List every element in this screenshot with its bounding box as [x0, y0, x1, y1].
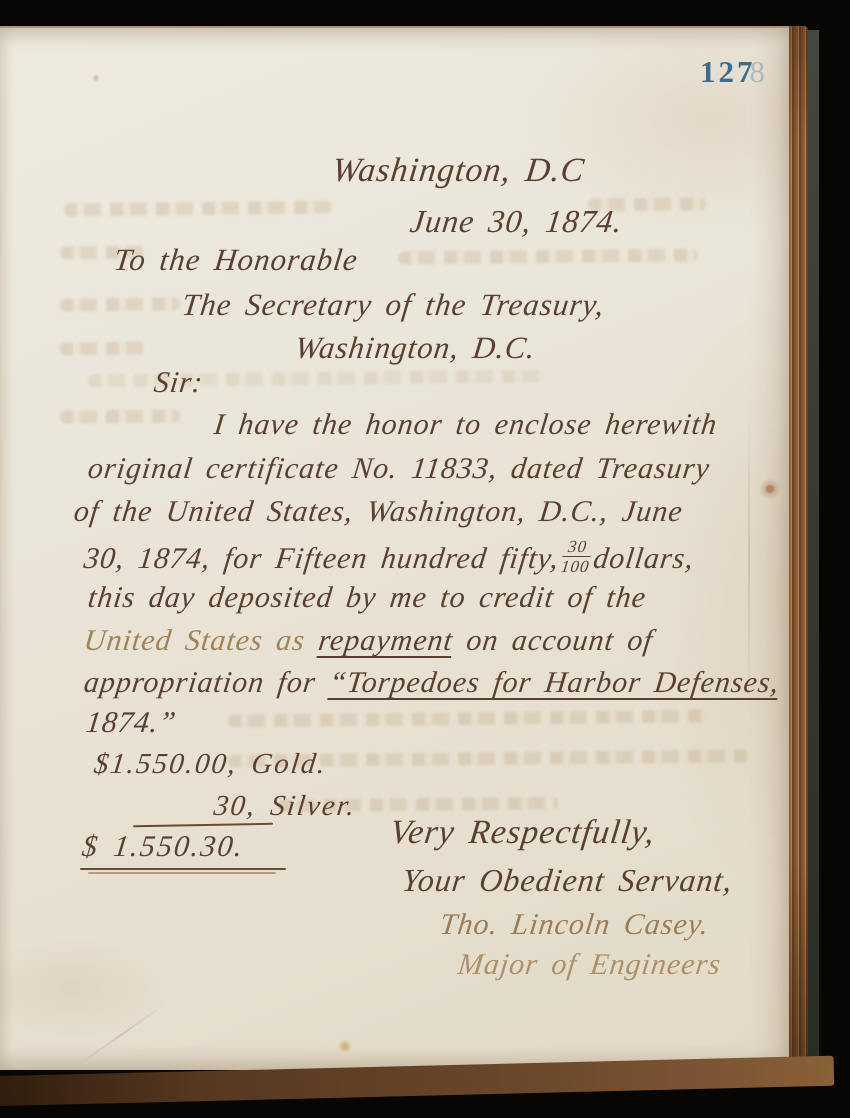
body-line-3: of the United States, Washington, D.C., … [72, 495, 685, 529]
address-line-1: To the Honorable [112, 242, 360, 278]
page-number-value: 127 [700, 54, 756, 89]
address-line-2: The Secretary of the Treasury, [180, 287, 607, 323]
paper-crease [748, 410, 750, 710]
signature: Tho. Lincoln Casey. [438, 908, 711, 942]
body-line-8: 1874.” [84, 706, 178, 740]
amount-silver: 30, Silver. [212, 790, 358, 823]
body-line-2: original certificate No. 11833, dated Tr… [86, 452, 712, 486]
book-cover-edge [808, 30, 819, 1060]
body-line-7: appropriation for “Torpedoes for Harbor … [82, 666, 781, 700]
body-line-6-post: on account of [451, 624, 655, 657]
total-rule [80, 868, 286, 870]
bleedthrough-line [60, 297, 180, 311]
bleedthrough-line [60, 409, 180, 423]
body-line-6: United States as repayment on account of [82, 624, 655, 658]
salutation: Sir: [152, 366, 205, 400]
underlined-repayment: repayment [317, 624, 456, 657]
closing-line-1: Very Respectfully, [388, 814, 657, 852]
body-line-4-pre: 30, 1874, for Fifteen hundred fifty, [82, 542, 561, 575]
body-line-4: 30, 1874, for Fifteen hundred fifty,3010… [82, 538, 697, 576]
body-line-6-pre: United States as [82, 624, 321, 657]
address-line-3: Washington, D.C. [293, 330, 538, 366]
bleedthrough-line [60, 342, 152, 356]
amount-gold: $1.550.00, Gold. [92, 748, 329, 781]
amount-total: $ 1.550.30. [80, 830, 246, 864]
book-page-edges-right [789, 26, 808, 1058]
body-line-7-pre: appropriation for [82, 666, 331, 699]
cents-fraction: 30100 [560, 538, 593, 575]
closing-line-2: Your Obedient Servant, [400, 862, 735, 899]
signer-title: Major of Engineers [456, 948, 723, 982]
date-line: June 30, 1874. [408, 203, 625, 240]
body-line-1: I have the honor to enclose herewith [212, 408, 719, 442]
total-rule-2 [88, 872, 276, 874]
page-number-ghost-digit: 8 [750, 54, 769, 89]
body-line-4-post: dollars, [591, 542, 696, 575]
scanned-book-photo: 1278 Washington, D.C June 30, 1874. To t… [0, 0, 850, 1118]
page-number: 1278 [700, 54, 768, 90]
fraction-denominator: 100 [560, 557, 591, 575]
underlined-appropriation-title: “Torpedoes for Harbor Defenses, [327, 666, 781, 699]
fraction-numerator: 30 [562, 538, 593, 557]
body-line-5: this day deposited by me to credit of th… [86, 581, 648, 615]
place-line: Washington, D.C [330, 152, 587, 190]
